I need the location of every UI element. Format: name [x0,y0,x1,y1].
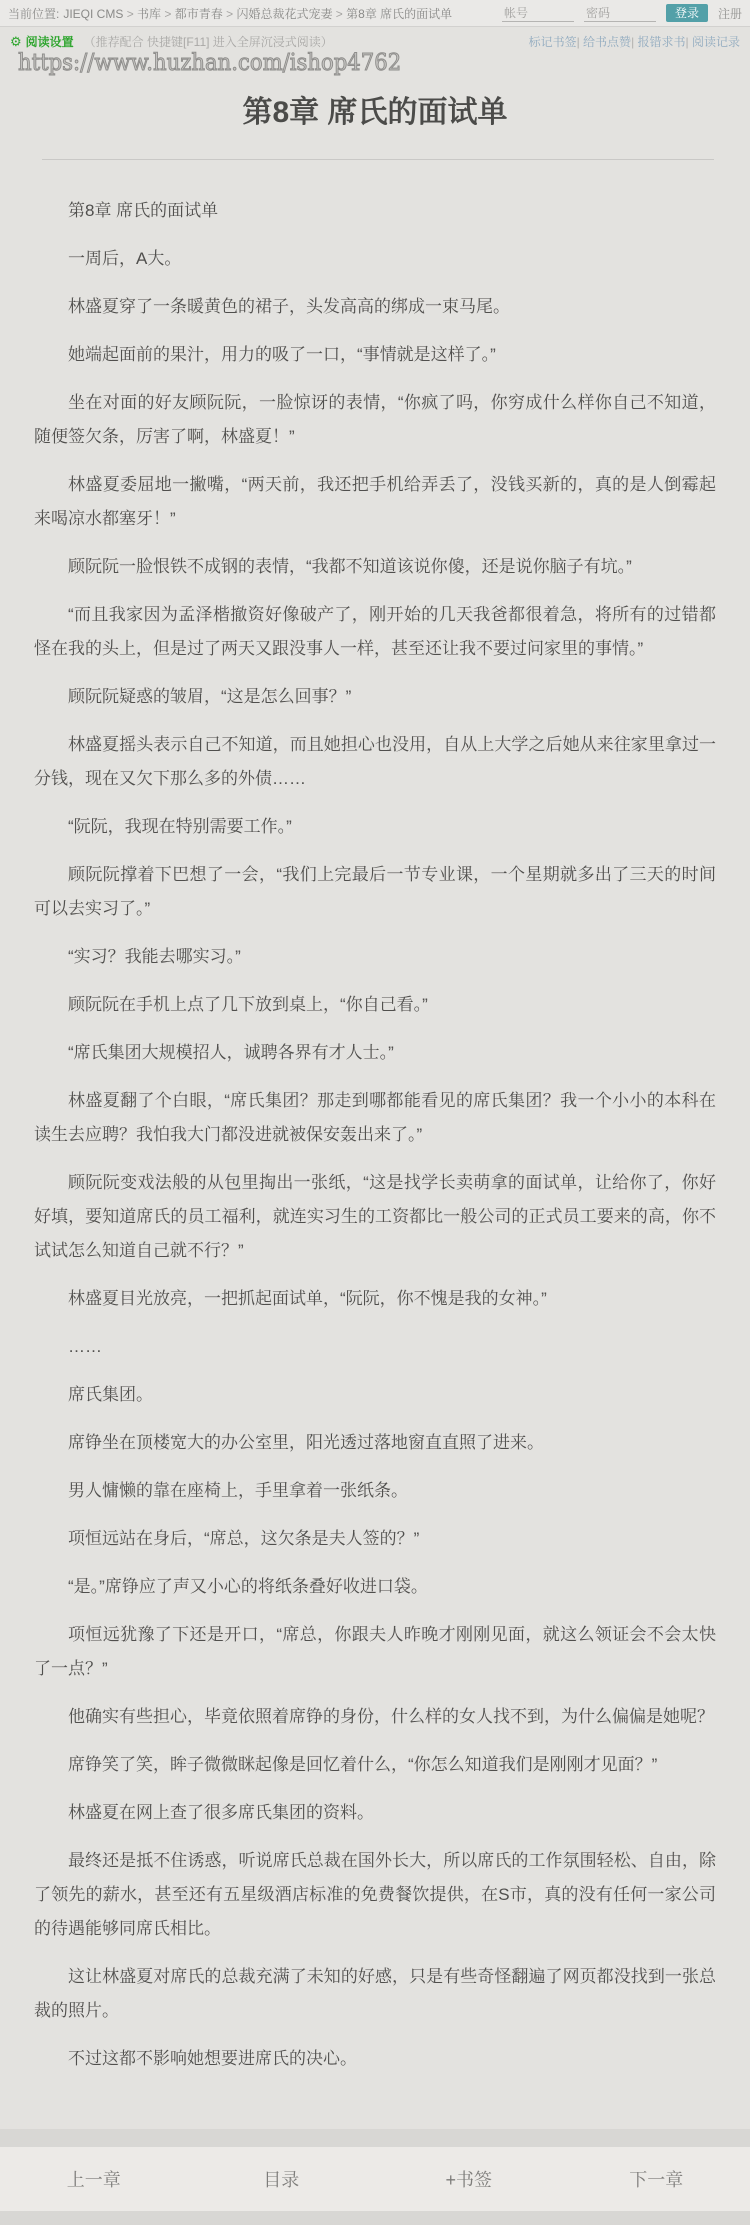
paragraph: 一周后，A大。 [34,242,716,276]
paragraph: 坐在对面的好友顾阮阮，一脸惊讶的表情，“你疯了吗，你穷成什么样你自己不知道，随便… [34,386,716,454]
breadcrumb-item[interactable]: JIEQI CMS [63,7,123,21]
gear-icon: ⚙ [10,35,22,48]
paragraph: 林盛夏摇头表示自己不知道，而且她担心也没用，自从上大学之后她从来往家里拿过一分钱… [34,728,716,796]
reading-settings-link[interactable]: 阅读设置 [26,33,74,50]
paragraph: 这让林盛夏对席氏的总裁充满了未知的好感，只是有些奇怪翻遍了网页都没找到一张总裁的… [34,1960,716,2028]
paragraph: 林盛夏穿了一条暖黄色的裙子，头发高高的绑成一束马尾。 [34,290,716,324]
password-input[interactable] [584,4,656,22]
paragraph: 顾阮阮疑惑的皱眉，“这是怎么回事？” [34,680,716,714]
chapter-title: 第8章 席氏的面试单 [34,91,716,135]
footer-gap [0,2129,750,2147]
paragraph: …… [34,1330,716,1364]
breadcrumb-label: 当前位置: [8,5,59,22]
paragraph: 席铮坐在顶楼宽大的办公室里，阳光透过落地窗直直照了进来。 [34,1426,716,1460]
paragraph: 第8章 席氏的面试单 [34,194,716,228]
paragraph: 席氏集团。 [34,1378,716,1412]
login-button[interactable]: 登录 [666,4,708,22]
breadcrumb: 当前位置: JIEQI CMS书库都市青春闪婚总裁花式宠妻第8章 席氏的面试单 [8,5,452,22]
paragraph: 顾阮阮撑着下巴想了一会，“我们上完最后一节专业课，一个星期就多出了三天的时间可以… [34,858,716,926]
paragraph: 最终还是抵不住诱惑，听说席氏总裁在国外长大，所以席氏的工作氛围轻松、自由，除了领… [34,1844,716,1946]
breadcrumb-item[interactable]: 第8章 席氏的面试单 [332,7,452,21]
paragraph: 林盛夏目光放亮，一把抓起面试单，“阮阮，你不愧是我的女神。” [34,1282,716,1316]
breadcrumb-item[interactable]: 书库 [123,7,161,21]
prev-chapter-button[interactable]: 上一章 [0,2166,188,2192]
register-link[interactable]: 注册 [718,5,742,22]
reader-page: 当前位置: JIEQI CMS书库都市青春闪婚总裁花式宠妻第8章 席氏的面试单 … [0,0,750,2225]
paragraph: 他确实有些担心，毕竟依照着席铮的身份，什么样的女人找不到，为什么偏偏是她呢？ [34,1700,716,1734]
paragraph: 顾阮阮一脸恨铁不成钢的表情，“我都不知道该说你傻，还是说你脑子有坑。” [34,550,716,584]
paragraph: 项恒远犹豫了下还是开口，“席总，你跟夫人昨晚才刚刚见面，就这么领证会不会太快了一… [34,1618,716,1686]
breadcrumb-items: JIEQI CMS书库都市青春闪婚总裁花式宠妻第8章 席氏的面试单 [63,5,452,22]
reader-action-links: 标记书签 给书点赞 报错求书 阅读记录 [529,33,740,50]
reading-history-link[interactable]: 阅读记录 [686,33,740,50]
paragraph: “而且我家因为孟泽楷撤资好像破产了，刚开始的几天我爸都很着急，将所有的过错都怪在… [34,598,716,666]
like-book-link[interactable]: 给书点赞 [577,33,631,50]
paragraph: 林盛夏在网上查了很多席氏集团的资料。 [34,1796,716,1830]
paragraph: 顾阮阮变戏法般的从包里掏出一张纸，“这是找学长卖萌拿的面试单，让给你了，你好好填… [34,1166,716,1268]
paragraph: 不过这都不影响她想要进席氏的决心。 [34,2042,716,2076]
paragraph: 她端起面前的果汁，用力的吸了一口，“事情就是这样了。” [34,338,716,372]
breadcrumb-item[interactable]: 闪婚总裁花式宠妻 [223,7,333,21]
report-error-link[interactable]: 报错求书 [631,33,685,50]
paragraph: “席氏集团大规模招人，诚聘各界有才人士。” [34,1036,716,1070]
paragraph: 项恒远站在身后，“席总，这欠条是夫人签的？” [34,1522,716,1556]
paragraph-list: 第8章 席氏的面试单一周后，A大。林盛夏穿了一条暖黄色的裙子，头发高高的绑成一束… [34,160,716,2076]
paragraph: 席铮笑了笑，眸子微微眯起像是回忆着什么，“你怎么知道我们是刚刚才见面？” [34,1748,716,1782]
paragraph: “是。”席铮应了声又小心的将纸条叠好收进口袋。 [34,1570,716,1604]
add-bookmark-button[interactable]: +书签 [375,2166,563,2192]
fullscreen-hint: （推荐配合 快捷键[F11] 进入全屏沉浸式阅读） [84,33,333,50]
account-input[interactable] [502,4,574,22]
reading-toolbar: ⚙ 阅读设置 （推荐配合 快捷键[F11] 进入全屏沉浸式阅读） 标记书签 给书… [0,27,750,55]
next-chapter-button[interactable]: 下一章 [563,2166,750,2192]
paragraph: 男人慵懒的靠在座椅上，手里拿着一张纸条。 [34,1474,716,1508]
paragraph: 顾阮阮在手机上点了几下放到桌上，“你自己看。” [34,988,716,1022]
breadcrumb-item[interactable]: 都市青春 [161,7,223,21]
login-area: 登录 注册 [502,4,742,22]
bottom-strip [0,2211,750,2225]
toc-button[interactable]: 目录 [188,2166,376,2192]
mark-bookmark-link[interactable]: 标记书签 [529,33,577,50]
paragraph: “实习？我能去哪实习。” [34,940,716,974]
chapter-nav: 上一章 目录 +书签 下一章 [0,2147,750,2211]
paragraph: 林盛夏翻了个白眼，“席氏集团？那走到哪都能看见的席氏集团？我一个小小的本科在读生… [34,1084,716,1152]
top-bar: 当前位置: JIEQI CMS书库都市青春闪婚总裁花式宠妻第8章 席氏的面试单 … [0,0,750,27]
paragraph: 林盛夏委屈地一撇嘴，“两天前，我还把手机给弄丢了，没钱买新的，真的是人倒霉起来喝… [34,468,716,536]
paragraph: “阮阮，我现在特别需要工作。” [34,810,716,844]
chapter-content: 第8章 席氏的面试单 第8章 席氏的面试单一周后，A大。林盛夏穿了一条暖黄色的裙… [0,55,750,2129]
